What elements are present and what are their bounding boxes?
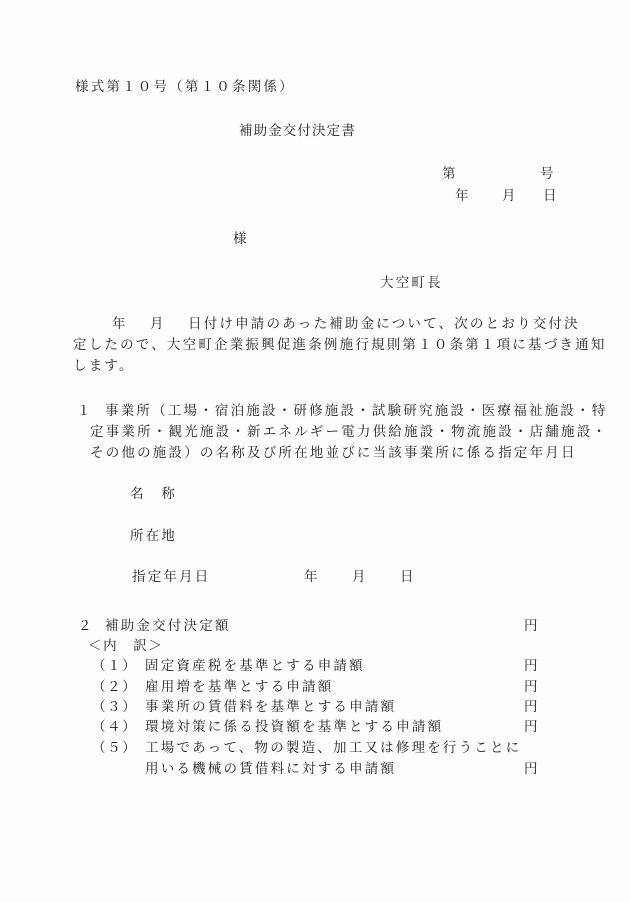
page-title: 補助金交付決定書: [239, 123, 356, 138]
issue-date-day-label: 日: [543, 188, 559, 203]
business-address-label: 所在地: [130, 528, 177, 543]
designated-date-month-label: 月: [352, 569, 368, 584]
issue-date-year-label: 年: [455, 188, 471, 203]
section1-line2: 定事業所・観光施設・新エネルギー電力供給施設・物流施設・店舗施設・: [90, 424, 608, 439]
section1-number: １: [77, 403, 93, 418]
breakdown-item4-number: （４）: [92, 719, 137, 734]
breakdown-item4-unit: 円: [524, 719, 540, 734]
designated-date-label: 指定年月日: [132, 569, 211, 584]
body-paragraph-line1: 日付け申請のあった補助金について、次のとおり交付決: [188, 316, 580, 331]
section1-line1: 事業所（工場・宿泊施設・研修施設・試験研究施設・医療福祉施設・特: [105, 403, 607, 418]
body-application-month-label: 月: [150, 316, 166, 331]
designated-date-day-label: 日: [400, 569, 416, 584]
breakdown-label: ＜内 訳＞: [88, 638, 164, 653]
breakdown-item5-unit: 円: [524, 761, 540, 776]
breakdown-item1-number: （１）: [92, 658, 137, 673]
section2-number: ２: [78, 618, 94, 633]
issue-date-month-label: 月: [502, 188, 518, 203]
breakdown-item1-unit: 円: [524, 658, 540, 673]
breakdown-item5-text-line2: 用いる機械の賃借料に対する申請額: [145, 761, 396, 776]
designated-date-year-label: 年: [304, 569, 320, 584]
breakdown-item3-text: 事業所の賃借料を基準とする申請額: [145, 699, 396, 714]
breakdown-item2-unit: 円: [524, 679, 540, 694]
body-application-year-label: 年: [112, 316, 128, 331]
section2-heading: 補助金交付決定額: [105, 618, 231, 633]
body-paragraph-line3: します。: [73, 358, 135, 373]
addressee-honorific: 様: [233, 231, 249, 246]
breakdown-item5-text-line1: 工場であって、物の製造、加工又は修理を行うことに: [145, 740, 521, 755]
section2-heading-unit: 円: [524, 618, 540, 633]
body-paragraph-line2: 定したので、大空町企業振興促進条例施行規則第１０条第１項に基づき通知: [73, 337, 607, 352]
section1-line3: その他の施設）の名称及び所在地並びに当該事業所に係る指定年月日: [90, 445, 577, 460]
breakdown-item2-text: 雇用増を基準とする申請額: [145, 679, 333, 694]
breakdown-item5-number: （５）: [92, 740, 137, 755]
breakdown-item2-number: （２）: [92, 679, 137, 694]
business-name-label: 名 称: [130, 486, 177, 501]
document-page: 様式第１０号（第１０条関係） 補助金交付決定書 第 号 年 月 日 様 大空町長…: [0, 0, 630, 903]
doc-number-prefix: 第: [442, 166, 458, 181]
breakdown-item3-number: （３）: [92, 699, 137, 714]
form-number-label: 様式第１０号（第１０条関係）: [75, 79, 295, 94]
issuer-name: 大空町長: [380, 275, 443, 290]
breakdown-item3-unit: 円: [524, 699, 540, 714]
breakdown-item4-text: 環境対策に係る投資額を基準とする申請額: [145, 719, 443, 734]
doc-number-suffix: 号: [540, 166, 556, 181]
breakdown-item1-text: 固定資産税を基準とする申請額: [145, 658, 365, 673]
